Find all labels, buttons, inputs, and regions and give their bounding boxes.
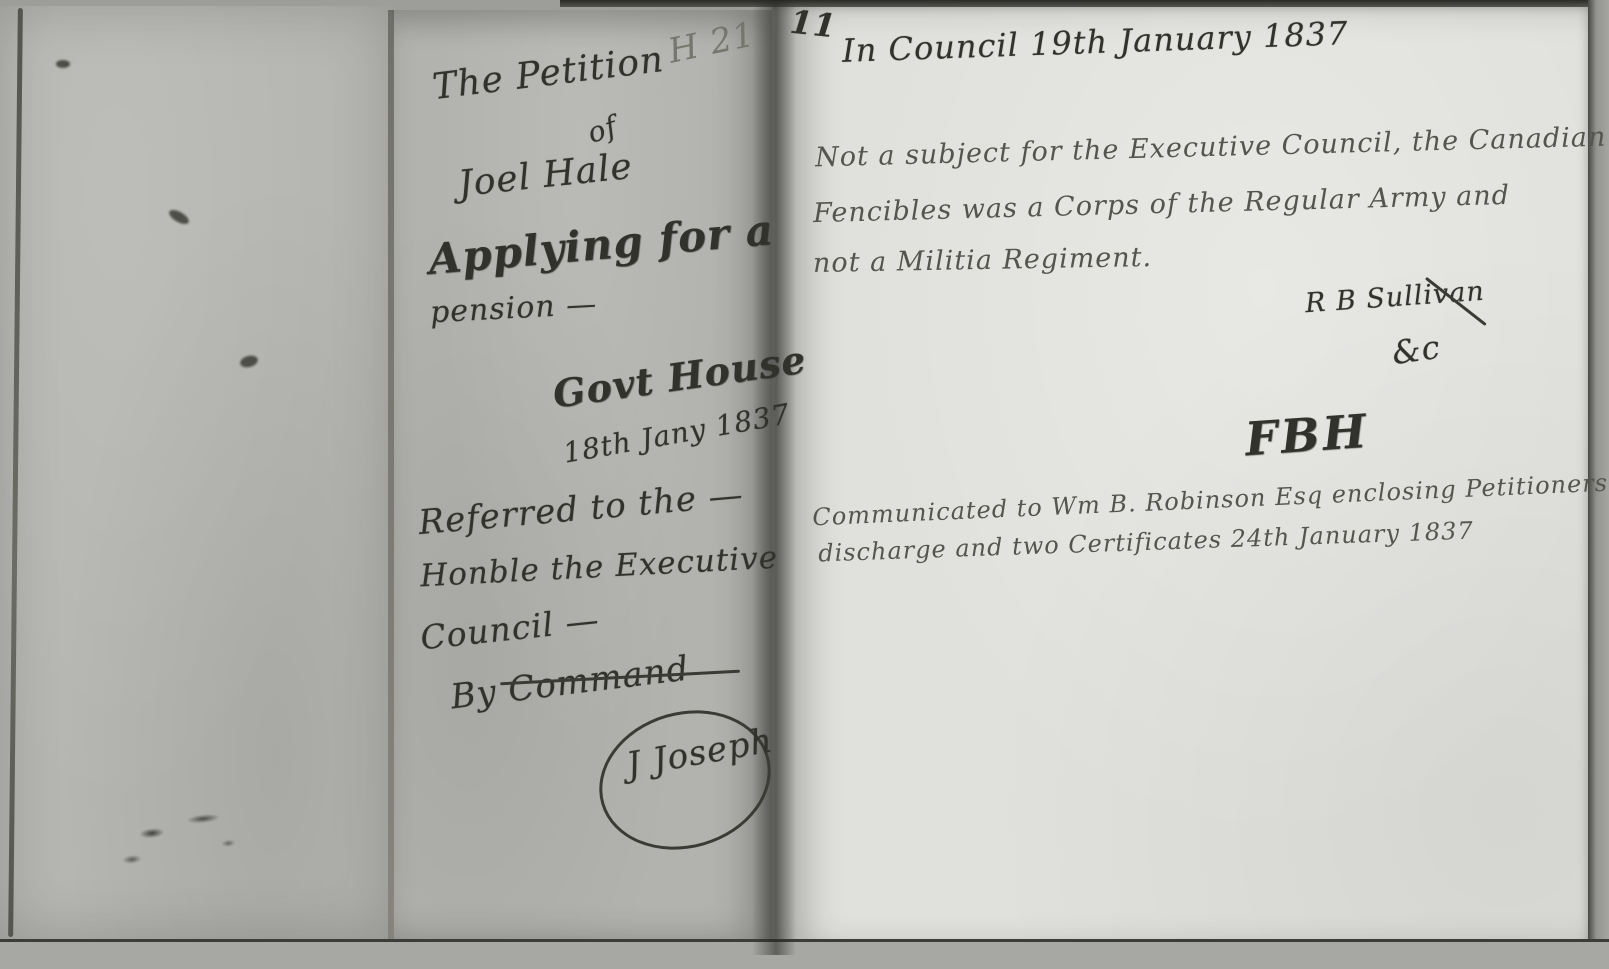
lieutenant-governor-initials: FBH [1244,408,1371,463]
left-blank-page [0,6,392,939]
ink-smudge [56,60,70,68]
minute-body-line-3: not a Militia Regiment. [813,244,1153,277]
docket-fold-line [388,10,394,939]
council-signature-suffix: &c [1390,331,1442,369]
scan-bottom-edge [0,939,1609,969]
docket-subject-line-2: pension — [429,290,598,329]
scan-top-edge [560,0,1609,7]
center-gutter-shadow [752,0,796,955]
page-number: 11 [788,6,838,43]
manuscript-scan: H 21 The Petition of Joel Hale Applying … [0,0,1609,969]
